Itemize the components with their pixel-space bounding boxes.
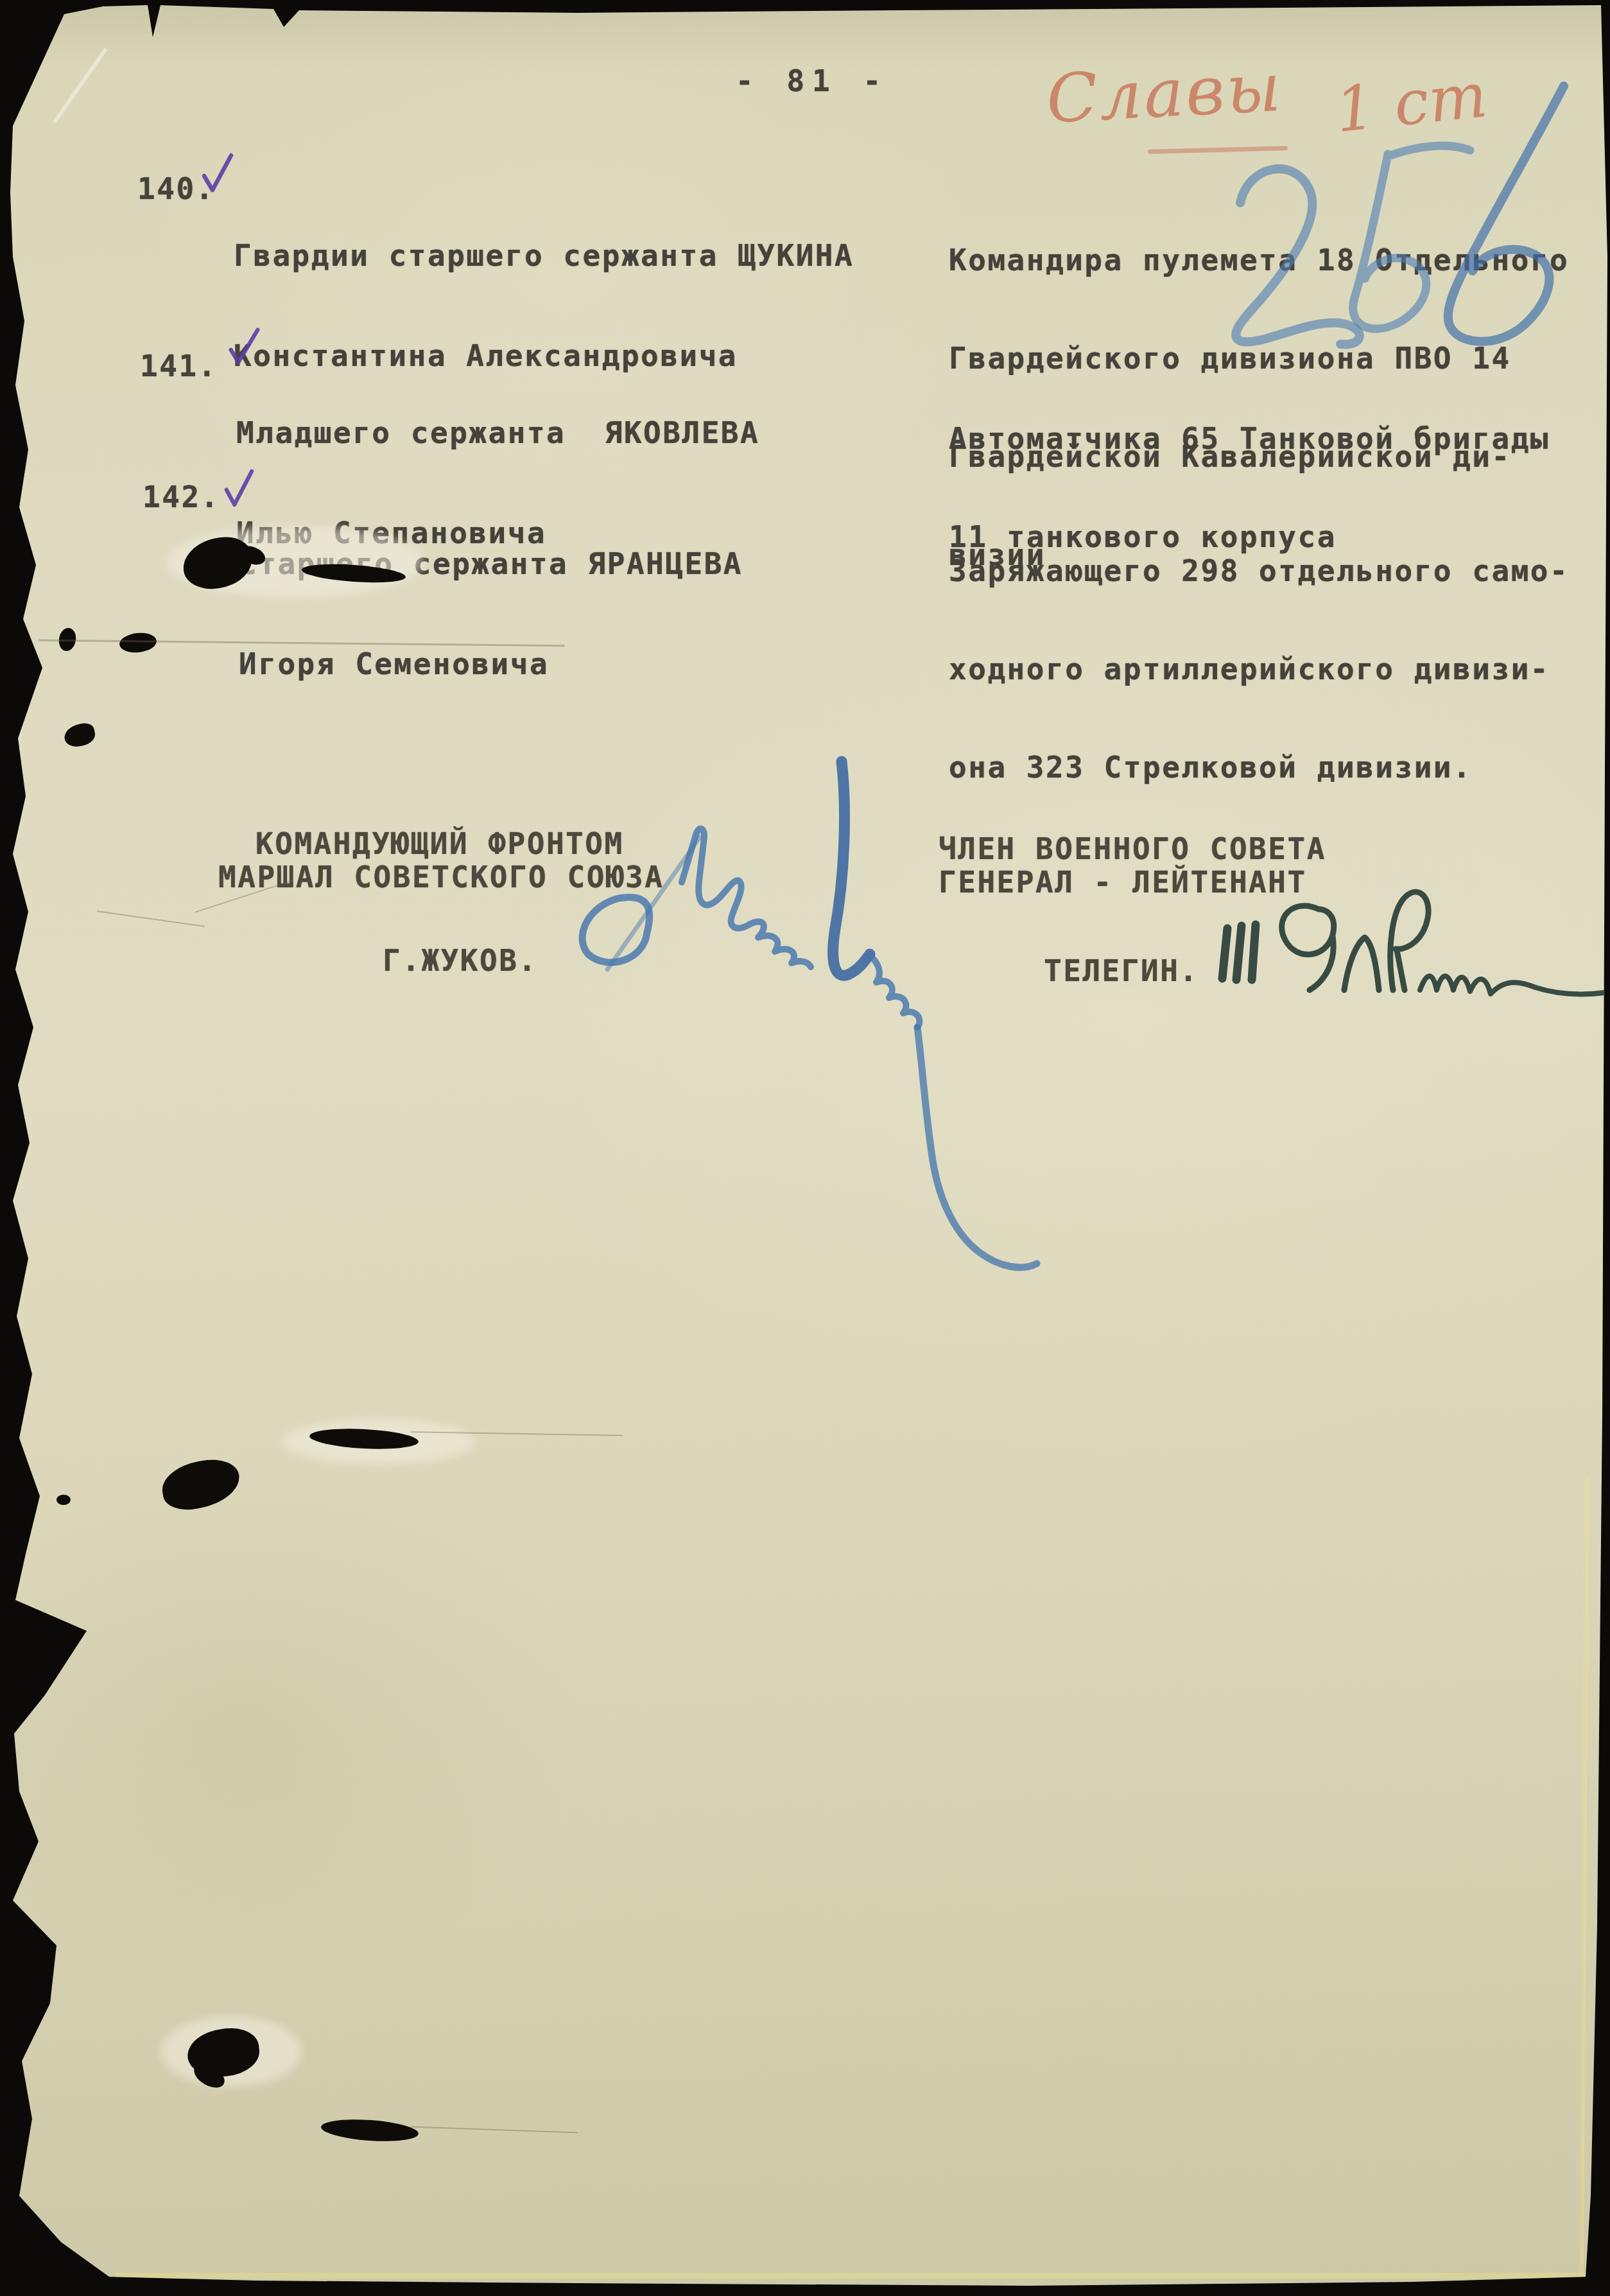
entry-role-line: ходного артиллерийского дивизи- (949, 653, 1569, 686)
red-pencil-note-class: 1 ст (1332, 59, 1491, 146)
entry-role-line: Заряжающего 298 отдельного само- (949, 555, 1569, 587)
telegin-signature (1222, 892, 1605, 994)
paper-tear (320, 2117, 419, 2144)
council-member-title-line2: ГЕНЕРАЛ - ЛЕЙТЕНАНТ (939, 865, 1307, 899)
red-pencil-note-word: Славы (1044, 48, 1285, 138)
entry-role-line: Автоматчика 65 Танковой бригады (949, 422, 1550, 455)
entry-role-block: Заряжающего 298 отдельного само- ходного… (949, 489, 1569, 849)
red-pencil-underline (1148, 146, 1288, 154)
paper-crease (411, 2126, 578, 2133)
commander-name: Г.ЖУКОВ. (383, 944, 538, 977)
paper-edge-highlight (116, 2273, 1586, 2279)
entry-number: 141. (140, 349, 218, 383)
paper-edge-highlight (1578, 1477, 1589, 2286)
council-member-name: ТЕЛЕГИН. (1044, 954, 1199, 987)
commander-title-line1: КОМАНДУЮЩИЙ ФРОНТОМ (255, 827, 624, 860)
entry-name-block: Старшего сержанта ЯРАНЦЕВА Игоря Семенов… (239, 480, 743, 747)
entry-name-line: Игоря Семеновича (239, 647, 743, 681)
torn-edge-fiber (53, 48, 107, 123)
commander-title-line2: МАРШАЛ СОВЕТСКОГО СОЮЗА (218, 860, 664, 894)
entry-role-line: она 323 Стрелковой дивизии. (949, 751, 1569, 784)
paper-hole (62, 721, 97, 749)
checkmark-icon (202, 153, 234, 195)
paper-hole (56, 1495, 71, 1505)
scanned-document: - 81 - Славы 1 ст 140. Гвардии старшего … (0, 0, 1610, 2296)
paper-hole (119, 631, 158, 654)
entry-role-line: Командира пулемета 18 Отдельного (949, 244, 1569, 277)
council-member-title-line1: ЧЛЕН ВОЕННОГО СОВЕТА (939, 832, 1326, 865)
entry-number: 142. (143, 480, 220, 514)
entry-name-line: Гвардии старшего сержанта ЩУКИНА (234, 239, 854, 272)
paper-hole (159, 1455, 244, 1514)
entry-name-line: Младшего сержанта ЯКОВЛЕВА (236, 416, 759, 449)
page-number: - 81 - (736, 64, 888, 98)
paper-sheet: - 81 - Славы 1 ст 140. Гвардии старшего … (0, 0, 1610, 2296)
paper-crease (97, 910, 205, 927)
